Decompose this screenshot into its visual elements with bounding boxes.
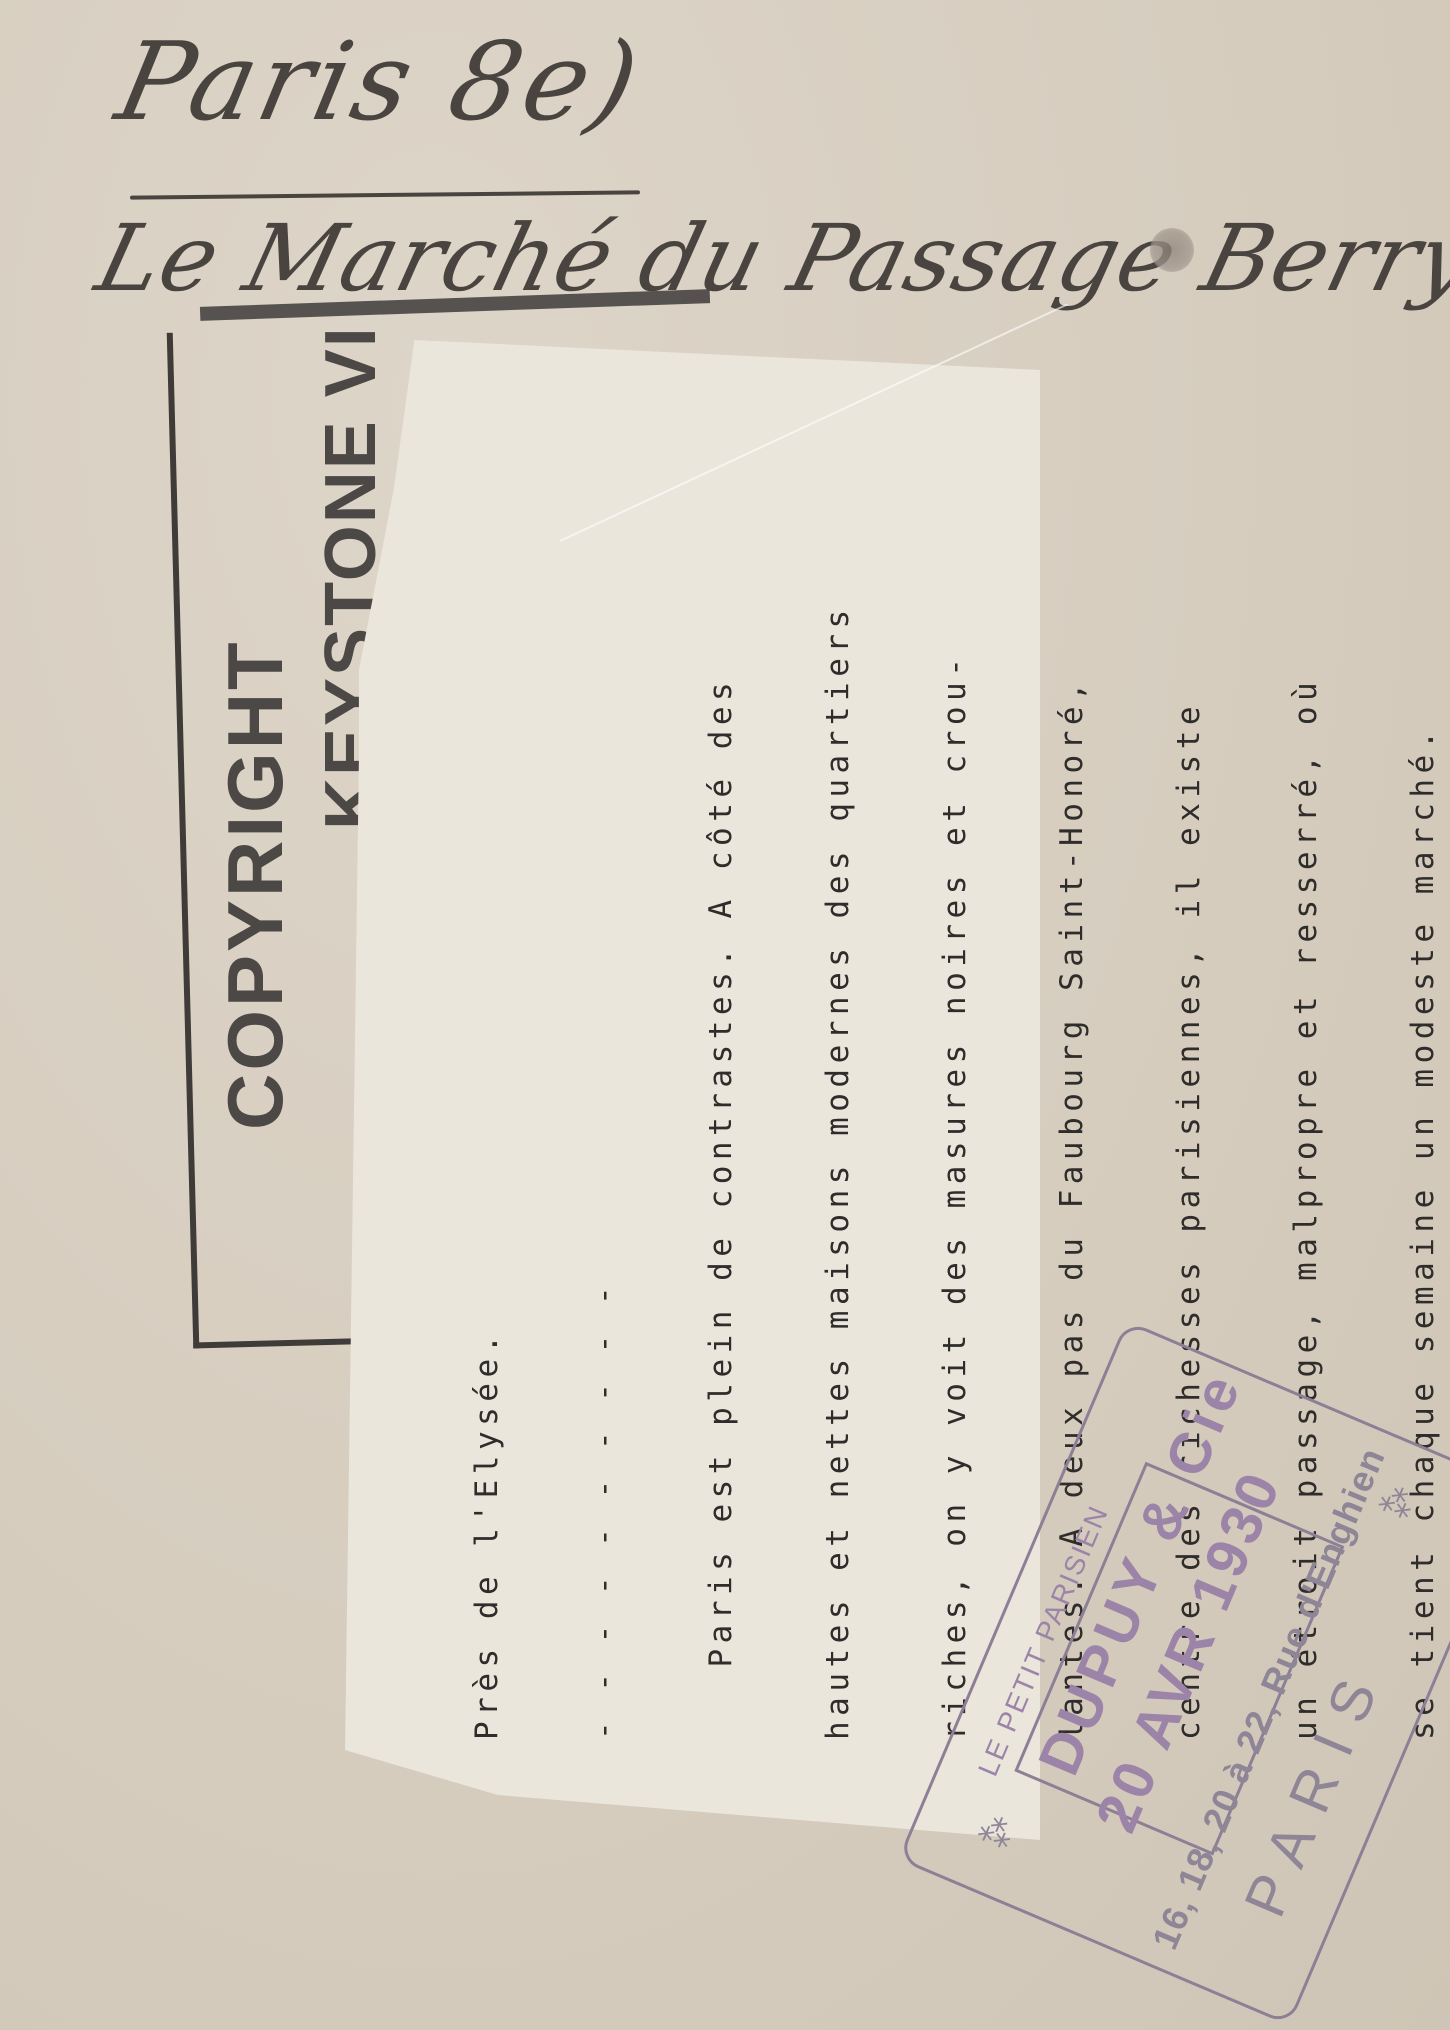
handwritten-caption: Le Marché du Passage Berryer xyxy=(87,205,1450,312)
ink-stain xyxy=(1150,228,1194,272)
typed-line: Paris est plein de contrastes. A côté de… xyxy=(702,360,741,1740)
handwritten-underline xyxy=(130,190,640,199)
ornament-icon: ⁂ xyxy=(972,1808,1019,1858)
handwritten-location: Paris 8e) xyxy=(107,20,652,145)
photo-back-card: Paris 8e) Le Marché du Passage Berryer C… xyxy=(0,0,1450,2030)
typed-line: hautes et nettes maisons modernes des qu… xyxy=(819,360,858,1740)
typed-line: - - - - - - - - - - xyxy=(585,360,624,1740)
typed-line: Près de l'Elysée. xyxy=(468,360,507,1740)
typed-line: riches, on y voit des masures noires et … xyxy=(936,360,975,1740)
copyright-stamp-text: COPYRIGHT xyxy=(210,370,301,1130)
